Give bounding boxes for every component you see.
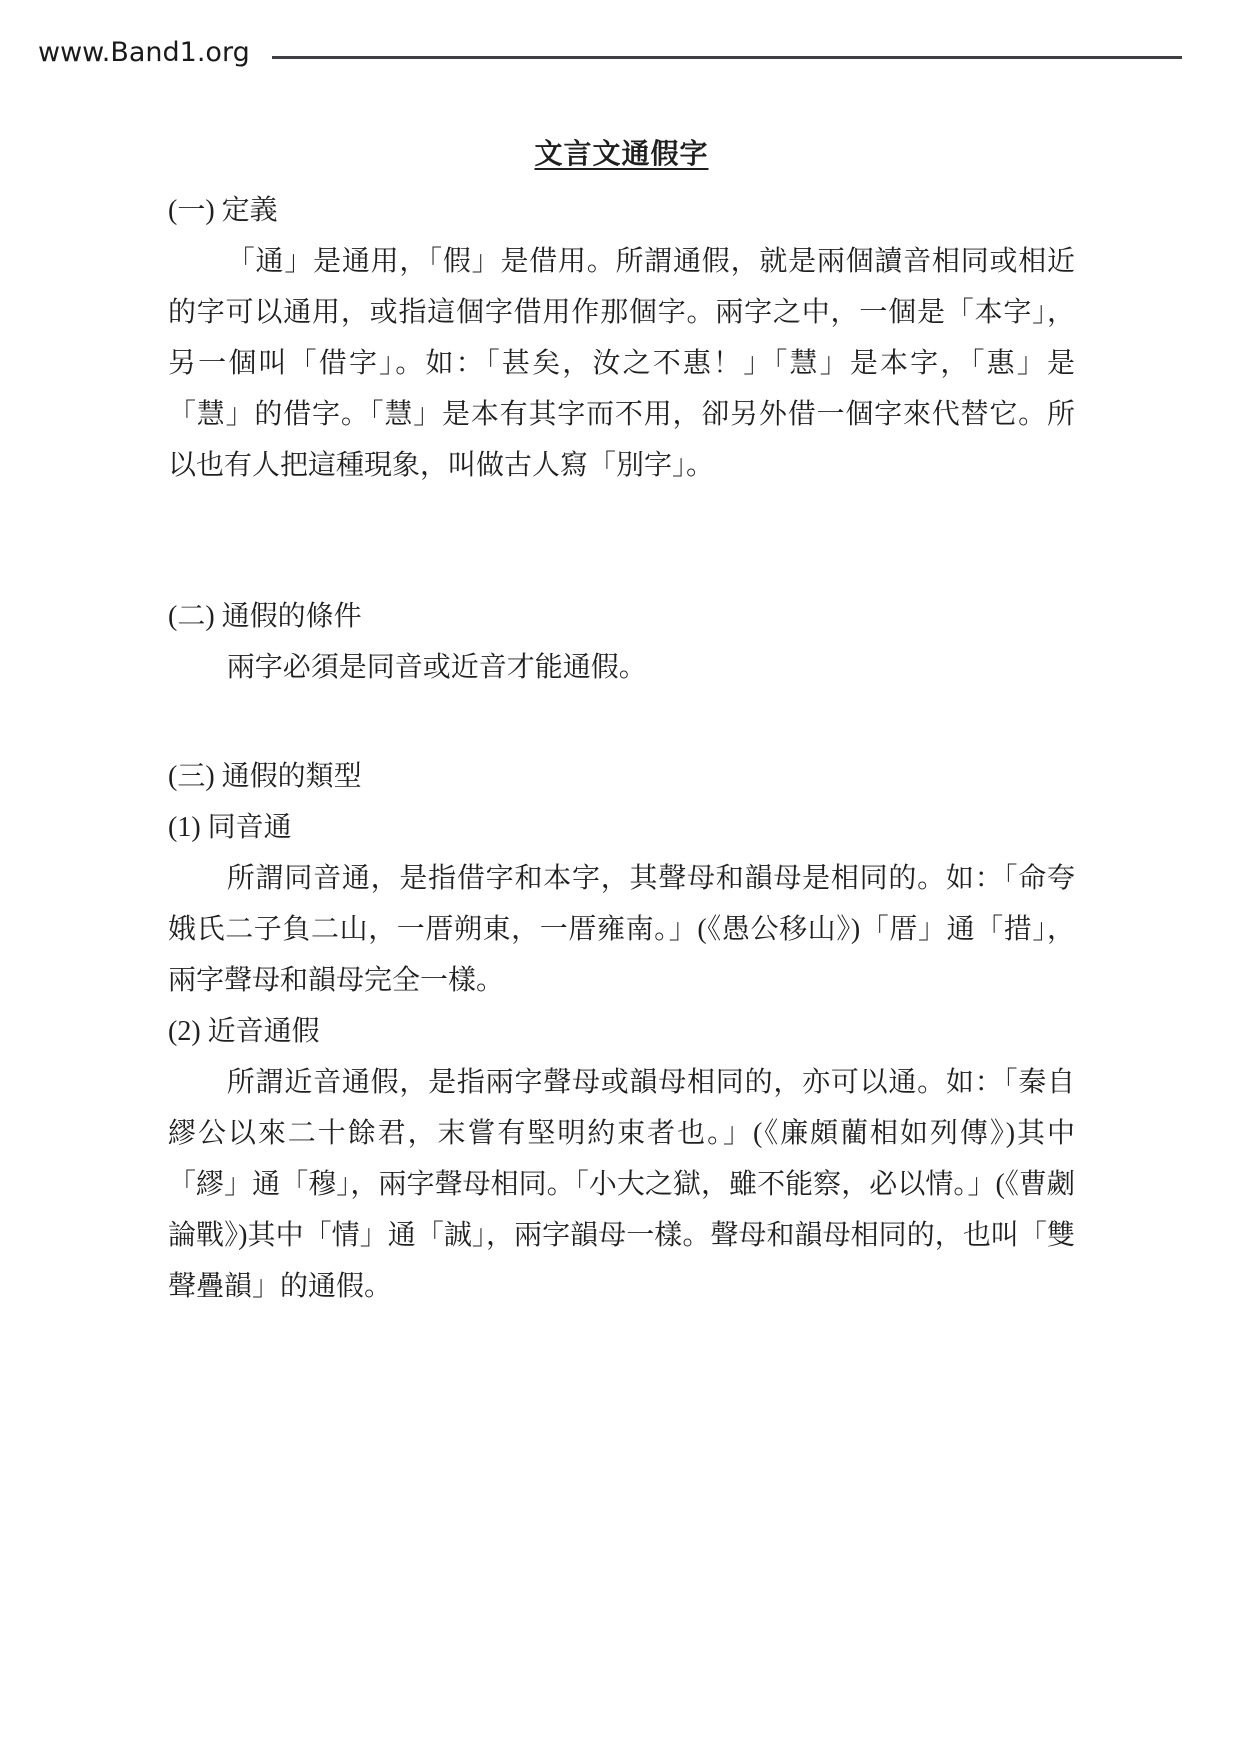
subsection-homophone: (1) 同音通 所謂同音通，是指借字和本字，其聲母和韻母是相同的。如：「命夸娥氏… [168, 802, 1075, 1006]
site-url: www.Band1.org [38, 39, 250, 90]
section-heading: (二) 通假的條件 [168, 591, 1075, 642]
subsection-near-homophone: (2) 近音通假 所謂近音通假，是指兩字聲母或韻母相同的，亦可以通。如：「秦自繆… [168, 1006, 1075, 1312]
paragraph: 所謂近音通假，是指兩字聲母或韻母相同的，亦可以通。如：「秦自繆公以來二十餘君，末… [168, 1057, 1075, 1312]
site-header: www.Band1.org [0, 0, 1240, 90]
paragraph: 兩字必須是同音或近音才能通假。 [168, 642, 1075, 693]
section-conditions: (二) 通假的條件 兩字必須是同音或近音才能通假。 [168, 591, 1075, 693]
document-title: 文言文通假字 [168, 133, 1075, 177]
paragraph: 「通」是通用，「假」是借用。所謂通假，就是兩個讀音相同或相近的字可以通用，或指這… [168, 236, 1075, 491]
section-types: (三) 通假的類型 (1) 同音通 所謂同音通，是指借字和本字，其聲母和韻母是相… [168, 751, 1075, 1312]
header-rule [272, 56, 1182, 59]
subsection-heading: (1) 同音通 [168, 802, 1075, 853]
section-heading: (三) 通假的類型 [168, 751, 1075, 802]
section-heading: (一) 定義 [168, 185, 1075, 236]
paragraph: 所謂同音通，是指借字和本字，其聲母和韻母是相同的。如：「命夸娥氏二子負二山，一厝… [168, 853, 1075, 1006]
document-page: www.Band1.org 文言文通假字 (一) 定義 「通」是通用，「假」是借… [0, 0, 1240, 1754]
section-definition: (一) 定義 「通」是通用，「假」是借用。所謂通假，就是兩個讀音相同或相近的字可… [168, 185, 1075, 491]
document-body: 文言文通假字 (一) 定義 「通」是通用，「假」是借用。所謂通假，就是兩個讀音相… [168, 133, 1075, 1312]
subsection-heading: (2) 近音通假 [168, 1006, 1075, 1057]
